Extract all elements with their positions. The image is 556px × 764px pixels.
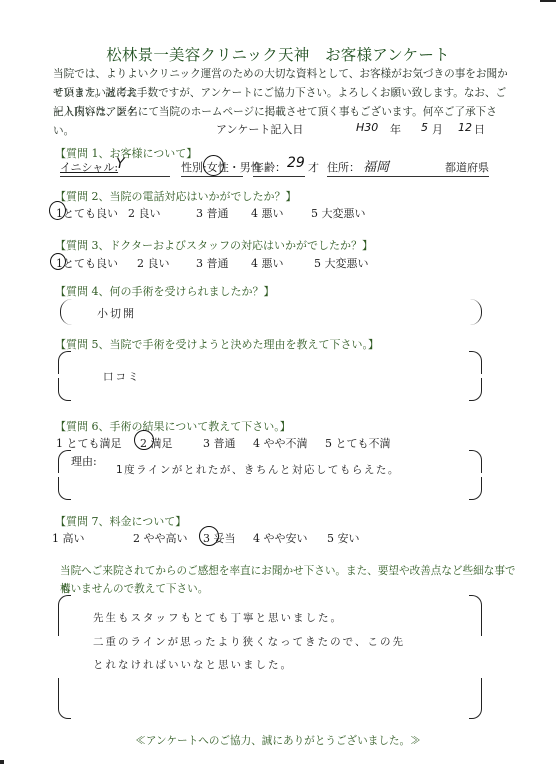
q7-heading: 【質問 7、料金について】 <box>55 513 186 529</box>
q3-heading: 【質問 3、ドクターおよびスタッフの対応はいかがでしたか？】 <box>55 237 373 253</box>
entry-date-day[interactable]: 12 <box>458 121 472 134</box>
year-unit: 年 <box>390 121 401 137</box>
q3-option-2[interactable]: 2 良い <box>137 255 170 271</box>
q2-option-4[interactable]: 4 悪い <box>251 205 284 221</box>
selection-circle-female <box>203 155 224 176</box>
q6-option-5[interactable]: 5 とても不満 <box>325 435 391 451</box>
entry-date-label: アンケート記入日 <box>216 121 303 137</box>
q5-answer: 口コミ <box>103 369 141 384</box>
comments-answer-line-2: 二重のラインが思ったより狭くなってきたので、この先 <box>93 634 405 649</box>
q6-heading: 【質問 6、手術の結果について教えて下さい。】 <box>55 418 291 434</box>
month-unit: 月 <box>432 121 443 137</box>
comments-answer-line-1: 先生もスタッフもとても丁寧と思いました。 <box>93 610 343 625</box>
scan-edge-mark <box>0 760 4 764</box>
selection-circle-q3 <box>50 253 66 270</box>
q5-heading: 【質問 5、当院で手術を受けようと決めた理由を教えて下さい。】 <box>55 336 379 352</box>
q6-option-3[interactable]: 3 普通 <box>203 435 236 451</box>
age-label: 年齢： <box>253 161 286 174</box>
day-unit: 日 <box>474 121 485 137</box>
q6-option-4[interactable]: 4 やや不満 <box>253 435 308 451</box>
q3-option-4[interactable]: 4 悪い <box>251 255 284 271</box>
q7-option-1[interactable]: 1 高い <box>52 530 85 546</box>
document-title: 松林景一美容クリニック天神 お客様アンケート <box>0 43 556 65</box>
address-field[interactable]: 住所： 福岡 都道府県 <box>327 159 489 177</box>
q7-option-4[interactable]: 4 やや安い <box>253 530 308 546</box>
selection-circle-q6 <box>134 430 154 450</box>
q6-option-1[interactable]: 1 とても満足 <box>56 435 122 451</box>
q6-reason-answer: 1度ラインがとれたが、きちんと対応してもらえた。 <box>116 462 400 477</box>
age-unit: 才 <box>308 159 319 175</box>
age-value: 29 <box>287 155 305 171</box>
scan-edge-mark <box>540 0 556 2</box>
q6-reason-label: 理由: <box>71 453 97 469</box>
address-label: 住所： <box>327 161 360 174</box>
entry-date-month[interactable]: 5 <box>421 121 428 134</box>
initial-field[interactable]: イニシャル: Y <box>60 159 170 177</box>
q7-option-5[interactable]: 5 安い <box>327 530 360 546</box>
comments-answer-line-3: とれなければいいなと思いました。 <box>93 657 293 672</box>
address-value: 福岡 <box>363 156 389 175</box>
q3-option-5[interactable]: 5 大変悪い <box>314 255 369 271</box>
q2-heading: 【質問 2、当院の電話対応はいかがでしたか？】 <box>55 188 297 204</box>
q2-option-5[interactable]: 5 大変悪い <box>311 205 366 221</box>
address-suffix: 都道府県 <box>445 159 489 175</box>
q7-option-2[interactable]: 2 やや高い <box>133 530 188 546</box>
entry-date-era-year[interactable]: H30 <box>356 121 378 134</box>
thank-you-footer: ≪アンケートへのご協力、誠にありがとうございました。≫ <box>0 733 556 748</box>
q2-option-2[interactable]: 2 良い <box>128 205 161 221</box>
age-field[interactable]: 年齢： 29 <box>253 159 305 177</box>
initial-label: イニシャル: <box>60 161 118 174</box>
q2-option-3[interactable]: 3 普通 <box>196 205 229 221</box>
initial-value: Y <box>116 156 125 172</box>
selection-circle-q2 <box>49 201 66 220</box>
gender-separator: ・ <box>229 161 240 174</box>
q4-answer: 小切開 <box>97 305 136 321</box>
selection-circle-q7 <box>199 526 219 546</box>
q4-heading: 【質問 4、何の手術を受けられましたか？】 <box>55 283 275 299</box>
q3-option-3[interactable]: 3 普通 <box>196 255 229 271</box>
